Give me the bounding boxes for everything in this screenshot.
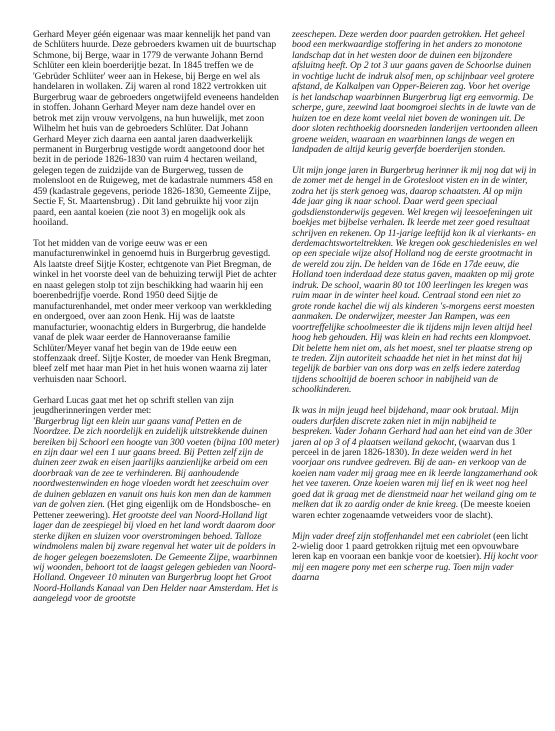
text-segment: Gerhard Meyer géén eigenaar was maar ken… [33,30,279,228]
document-page: Gerhard Meyer géén eigenaar was maar ken… [0,0,555,731]
text-segment: Het grootste deel van Noord-Holland ligt… [33,511,278,605]
two-column-text-block: Gerhard Meyer géén eigenaar was maar ken… [33,30,540,615]
text-segment: Uit mijn jonge jaren in Burgerbrug herin… [292,166,537,396]
paragraph: Mijn vader dreef zijn stoffenhandel met … [292,532,538,584]
paragraph: Uit mijn jonge jaren in Burgerbrug herin… [292,166,538,396]
paragraph: Tot het midden van de vorige eeuw was er… [33,239,279,385]
right-column: zeeschepen. Deze werden door paarden get… [292,30,538,615]
left-column: Gerhard Meyer géén eigenaar was maar ken… [33,30,279,615]
text-segment: Mijn vader dreef zijn stoffenhandel met … [292,532,493,542]
paragraph: Gerhard Meyer géén eigenaar was maar ken… [33,30,279,229]
paragraph: Ik was in mijn jeugd heel bijdehand, maa… [292,406,538,521]
text-segment: zeeschepen. Deze werden door paarden get… [292,30,538,155]
text-segment: Gerhard Lucas gaat met het op schrift st… [33,396,234,416]
paragraph: zeeschepen. Deze werden door paarden get… [292,30,538,155]
text-segment: 'Burgerbrug ligt een klein uur gaans van… [33,417,279,511]
paragraph: Gerhard Lucas gaat met het op schrift st… [33,396,279,605]
text-segment: Tot het midden van de vorige eeuw was er… [33,239,276,385]
